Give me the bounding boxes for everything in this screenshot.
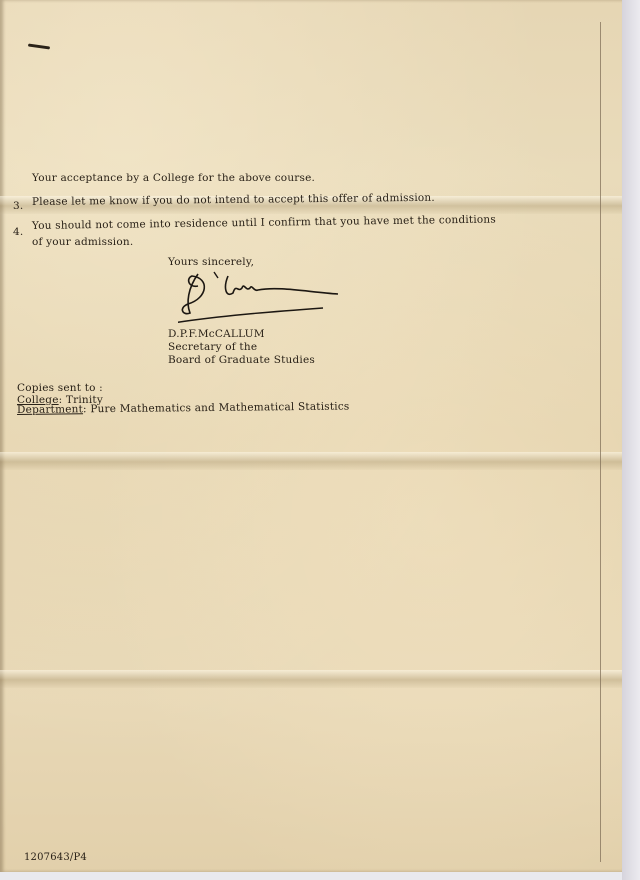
page-edge-background [622,0,640,880]
closing: Yours sincerely, [168,256,254,268]
item-4-text-line1: You should not come into residence until… [32,214,496,232]
acceptance-line: Your acceptance by a College for the abo… [32,172,315,184]
reference-number: 1207643/P4 [24,852,87,863]
signer-title-line1: Secretary of the [168,341,257,353]
margin-line [600,22,601,862]
signer-name: D.P.F.McCALLUM [168,328,265,340]
item-4-number: 4. [13,226,23,238]
department-label: Department [17,403,83,416]
department-value: : Pure Mathematics and Mathematical Stat… [83,401,350,416]
fold-crease [0,452,622,470]
item-3-number: 3. [13,200,23,212]
signer-title-line2: Board of Graduate Studies [168,354,315,366]
copies-label: Copies sent to : [17,382,103,394]
department-line: Department: Pure Mathematics and Mathema… [17,401,350,416]
item-4-text-line2: of your admission. [32,236,133,248]
signature [178,268,348,328]
fold-crease [0,670,622,688]
ink-mark [28,43,50,49]
letter-page: Your acceptance by a College for the abo… [0,0,622,872]
